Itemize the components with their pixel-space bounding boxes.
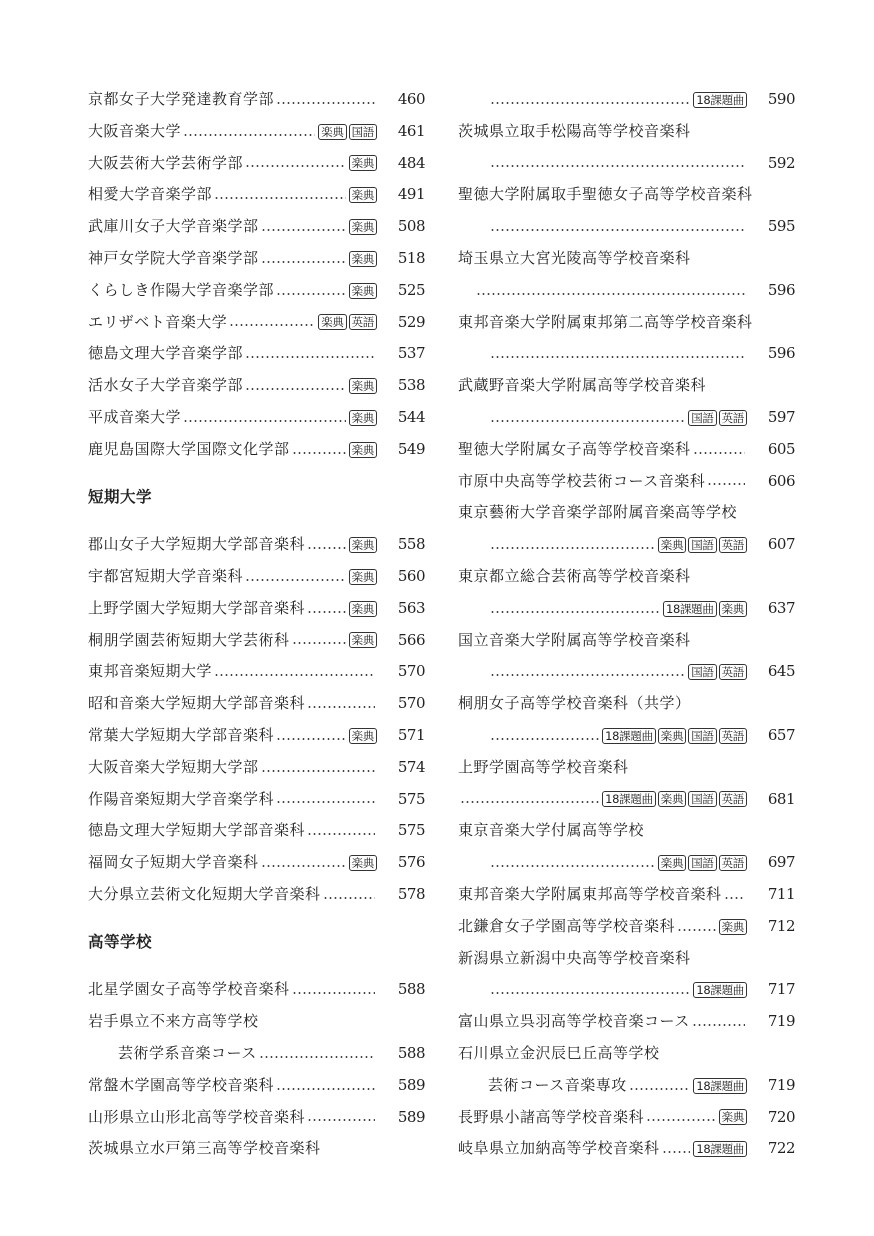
toc-entry[interactable]: 活水女子大学音楽学部楽典538 bbox=[88, 370, 425, 402]
badge-gakuten: 楽典 bbox=[349, 219, 377, 235]
dot-leader bbox=[183, 134, 315, 136]
page-number: 711 bbox=[761, 879, 795, 911]
toc-entry-title-line[interactable]: 上野学園高等学校音楽科 bbox=[458, 752, 795, 784]
dot-leader bbox=[261, 229, 346, 231]
badge-kokugo: 国語 bbox=[688, 728, 716, 744]
badge-gakuten: 楽典 bbox=[719, 1109, 747, 1125]
badge-gakuten: 楽典 bbox=[658, 728, 686, 744]
page-number: 563 bbox=[391, 593, 425, 625]
badge-gakuten: 楽典 bbox=[349, 251, 377, 267]
toc-entry[interactable]: 昭和音楽大学短期大学部音楽科570 bbox=[88, 688, 425, 720]
page-number: 588 bbox=[391, 1038, 425, 1070]
dot-leader bbox=[490, 102, 690, 104]
toc-entry-sub-line[interactable]: 国語英語645 bbox=[458, 656, 795, 688]
toc-entry-sub-line[interactable]: 596 bbox=[458, 338, 795, 370]
toc-entry[interactable]: 岐阜県立加納高等学校音楽科18課題曲722 bbox=[458, 1133, 795, 1165]
page-number: 574 bbox=[391, 752, 425, 784]
dot-leader bbox=[261, 865, 346, 867]
badge-gakuten: 楽典 bbox=[719, 601, 747, 617]
toc-entry[interactable]: 長野県小諸高等学校音楽科楽典720 bbox=[458, 1102, 795, 1134]
dot-leader bbox=[490, 356, 745, 358]
dot-leader bbox=[292, 992, 375, 994]
page-number: 720 bbox=[761, 1102, 795, 1134]
badge-kokugo: 国語 bbox=[688, 664, 716, 680]
right-column: 18課題曲590 茨城県立取手松陽高等学校音楽科 592 聖徳大学附属取手聖徳女… bbox=[458, 84, 795, 1165]
toc-entry-title-line[interactable]: 茨城県立取手松陽高等学校音楽科 bbox=[458, 116, 795, 148]
toc-entry-title-line[interactable]: 東邦音楽大学附属東邦第二高等学校音楽科 bbox=[458, 307, 795, 339]
page-number: 681 bbox=[761, 784, 795, 816]
dot-leader bbox=[490, 229, 745, 231]
badge-gakuten: 楽典 bbox=[349, 855, 377, 871]
toc-entry[interactable]: 富山県立呉羽高等学校音楽コース719 bbox=[458, 1006, 795, 1038]
dot-leader bbox=[323, 897, 375, 899]
dot-leader bbox=[724, 897, 745, 899]
page-number: 719 bbox=[761, 1006, 795, 1038]
dot-leader bbox=[307, 833, 375, 835]
dot-leader bbox=[490, 674, 685, 676]
toc-entry[interactable]: 京都女子大学発達教育学部460 bbox=[88, 84, 425, 116]
page-number: 717 bbox=[761, 974, 795, 1006]
badge-gakuten: 楽典 bbox=[658, 537, 686, 553]
dot-leader bbox=[307, 547, 346, 549]
badge-gakuten: 楽典 bbox=[349, 632, 377, 648]
page-number: 589 bbox=[391, 1102, 425, 1134]
page-number: 697 bbox=[761, 847, 795, 879]
dot-leader bbox=[245, 356, 375, 358]
badge-gakuten: 楽典 bbox=[349, 601, 377, 617]
section-heading-high-school: 高等学校 bbox=[88, 911, 425, 975]
badge-eigo: 英語 bbox=[349, 314, 377, 330]
toc-entry-sub-line[interactable]: 592 bbox=[458, 148, 795, 180]
badge-kokugo: 国語 bbox=[688, 791, 716, 807]
dot-leader bbox=[490, 420, 685, 422]
badge-eigo: 英語 bbox=[719, 855, 747, 871]
toc-entry-title-line[interactable]: 桐朋女子高等学校音楽科（共学） bbox=[458, 688, 795, 720]
page-number: 544 bbox=[391, 402, 425, 434]
dot-leader bbox=[245, 388, 346, 390]
dot-leader bbox=[276, 738, 346, 740]
page-number: 508 bbox=[391, 211, 425, 243]
page-number: 460 bbox=[391, 84, 425, 116]
dot-leader bbox=[276, 293, 346, 295]
dot-leader bbox=[307, 611, 346, 613]
dot-leader bbox=[292, 452, 346, 454]
toc-entry-continuation[interactable]: 18課題曲590 bbox=[458, 84, 795, 116]
toc-entry[interactable]: 徳島文理大学音楽学部537 bbox=[88, 338, 425, 370]
page-number: 589 bbox=[391, 1070, 425, 1102]
toc-entry[interactable]: 作陽音楽短期大学音楽学科575 bbox=[88, 784, 425, 816]
dot-leader bbox=[490, 738, 599, 740]
page-number: 570 bbox=[391, 688, 425, 720]
toc-entry[interactable]: 郡山女子大学短期大学部音楽科楽典558 bbox=[88, 529, 425, 561]
page-number: 712 bbox=[761, 911, 795, 943]
toc-entry-title-line[interactable]: 東京都立総合芸術高等学校音楽科 bbox=[458, 561, 795, 593]
page-number: 461 bbox=[391, 116, 425, 148]
dot-leader bbox=[259, 1056, 375, 1058]
badge-kadai18: 18課題曲 bbox=[602, 791, 656, 807]
toc-entry-title-line[interactable]: 武蔵野音楽大学附属高等学校音楽科 bbox=[458, 370, 795, 402]
dot-leader bbox=[214, 197, 346, 199]
toc-entry-title-line[interactable]: 岩手県立不来方高等学校 bbox=[88, 1006, 425, 1038]
dot-leader bbox=[307, 1119, 375, 1121]
badge-eigo: 英語 bbox=[719, 410, 747, 426]
badge-kokugo: 国語 bbox=[688, 855, 716, 871]
toc-entry-sub-line[interactable]: 595 bbox=[458, 211, 795, 243]
dot-leader bbox=[245, 579, 346, 581]
badge-gakuten: 楽典 bbox=[349, 569, 377, 585]
dot-leader bbox=[214, 674, 375, 676]
toc-entry-sub-line[interactable]: 芸術コース音楽専攻18課題曲719 bbox=[458, 1070, 795, 1102]
toc-entry-sub-line[interactable]: 楽典国語英語697 bbox=[458, 847, 795, 879]
dot-leader bbox=[261, 261, 346, 263]
page-number: 538 bbox=[391, 370, 425, 402]
toc-entry-sub-line[interactable]: 596 bbox=[458, 275, 795, 307]
dot-leader bbox=[245, 165, 346, 167]
page-number: 657 bbox=[761, 720, 795, 752]
badge-kadai18: 18課題曲 bbox=[693, 92, 747, 108]
dot-leader bbox=[261, 770, 375, 772]
page-number: 575 bbox=[391, 784, 425, 816]
toc-entry[interactable]: 聖徳大学附属女子高等学校音楽科605 bbox=[458, 434, 795, 466]
toc-entry-title-line[interactable]: 新潟県立新潟中央高等学校音楽科 bbox=[458, 943, 795, 975]
page-number: 575 bbox=[391, 815, 425, 847]
toc-entry[interactable]: 徳島文理大学短期大学部音楽科575 bbox=[88, 815, 425, 847]
dot-leader bbox=[629, 1088, 691, 1090]
toc-entry[interactable]: 宇都宮短期大学音楽科楽典560 bbox=[88, 561, 425, 593]
toc-entry-title-line[interactable]: 東京音楽大学付属高等学校 bbox=[458, 815, 795, 847]
dot-leader bbox=[662, 1151, 691, 1153]
badge-kokugo: 国語 bbox=[688, 410, 716, 426]
toc-entry-sub-line[interactable]: 18課題曲楽典国語英語657 bbox=[458, 720, 795, 752]
page-number: 645 bbox=[761, 656, 795, 688]
page-number: 605 bbox=[761, 434, 795, 466]
badge-gakuten: 楽典 bbox=[349, 378, 377, 394]
badge-gakuten: 楽典 bbox=[349, 283, 377, 299]
toc-entry-title-line[interactable]: 東京藝術大学音楽学部附属音楽高等学校 bbox=[458, 497, 795, 529]
dot-leader bbox=[693, 452, 745, 454]
dot-leader bbox=[490, 165, 745, 167]
dot-leader bbox=[707, 483, 745, 485]
dot-leader bbox=[276, 1088, 375, 1090]
badge-eigo: 英語 bbox=[719, 537, 747, 553]
page-number: 491 bbox=[391, 179, 425, 211]
dot-leader bbox=[276, 102, 375, 104]
toc-entry[interactable]: 大分県立芸術文化短期大学音楽科578 bbox=[88, 879, 425, 911]
page-number: 571 bbox=[391, 720, 425, 752]
page-number: 637 bbox=[761, 593, 795, 625]
toc-entry[interactable]: 市原中央高等学校芸術コース音楽科606 bbox=[458, 466, 795, 498]
badge-gakuten: 楽典 bbox=[658, 791, 686, 807]
toc-entry[interactable]: エリザベト音楽大学楽典英語529 bbox=[88, 307, 425, 339]
toc-entry[interactable]: くらしき作陽大学音楽学部楽典525 bbox=[88, 275, 425, 307]
page-number: 597 bbox=[761, 402, 795, 434]
toc-entry[interactable]: 武庫川女子大学音楽学部楽典508 bbox=[88, 211, 425, 243]
badge-gakuten: 楽典 bbox=[658, 855, 686, 871]
toc-entry[interactable]: 北星学園女子高等学校音楽科588 bbox=[88, 974, 425, 1006]
badge-kadai18: 18課題曲 bbox=[693, 982, 747, 998]
page-number: 722 bbox=[761, 1133, 795, 1165]
page-number: 578 bbox=[391, 879, 425, 911]
dot-leader bbox=[292, 642, 346, 644]
badge-gakuten: 楽典 bbox=[349, 728, 377, 744]
page-number: 566 bbox=[391, 625, 425, 657]
page-number: 596 bbox=[761, 338, 795, 370]
toc-entry-title-line[interactable]: 聖徳大学附属取手聖徳女子高等学校音楽科 bbox=[458, 179, 795, 211]
toc-entry-sub-line[interactable]: 楽典国語英語607 bbox=[458, 529, 795, 561]
toc-entry-sub-line[interactable]: 18課題曲717 bbox=[458, 974, 795, 1006]
badge-gakuten: 楽典 bbox=[349, 442, 377, 458]
toc-entry[interactable]: 大阪芸術大学芸術学部楽典484 bbox=[88, 148, 425, 180]
toc-entry-title-line[interactable]: 石川県立金沢辰巳丘高等学校 bbox=[458, 1038, 795, 1070]
dot-leader bbox=[490, 611, 660, 613]
toc-entry[interactable]: 常葉大学短期大学部音楽科楽典571 bbox=[88, 720, 425, 752]
toc-entry-title-line[interactable]: 茨城県立水戸第三高等学校音楽科 bbox=[88, 1133, 425, 1165]
dot-leader bbox=[490, 865, 655, 867]
page-number: 590 bbox=[761, 84, 795, 116]
page-number: 719 bbox=[761, 1070, 795, 1102]
dot-leader bbox=[183, 420, 346, 422]
badge-gakuten: 楽典 bbox=[349, 410, 377, 426]
dot-leader bbox=[460, 801, 599, 803]
page-number: 537 bbox=[391, 338, 425, 370]
dot-leader bbox=[276, 801, 375, 803]
page-number: 596 bbox=[761, 275, 795, 307]
page-number: 525 bbox=[391, 275, 425, 307]
dot-leader bbox=[490, 547, 655, 549]
toc-entry[interactable]: 上野学園大学短期大学部音楽科楽典563 bbox=[88, 593, 425, 625]
page-number: 518 bbox=[391, 243, 425, 275]
page-number: 549 bbox=[391, 434, 425, 466]
dot-leader bbox=[307, 706, 375, 708]
badge-kadai18: 18課題曲 bbox=[663, 601, 717, 617]
toc-entry[interactable]: 鹿児島国際大学国際文化学部楽典549 bbox=[88, 434, 425, 466]
page-number: 576 bbox=[391, 847, 425, 879]
toc-entry-title-line[interactable]: 埼玉県立大宮光陵高等学校音楽科 bbox=[458, 243, 795, 275]
toc-entry[interactable]: 北鎌倉女子学園高等学校音楽科楽典712 bbox=[458, 911, 795, 943]
left-column: 京都女子大学発達教育学部460 大阪音楽大学楽典国語461 大阪芸術大学芸術学部… bbox=[88, 84, 425, 1165]
toc-entry[interactable]: 桐朋学園芸術短期大学芸術科楽典566 bbox=[88, 625, 425, 657]
badge-kadai18: 18課題曲 bbox=[602, 728, 656, 744]
toc-entry-title-line[interactable]: 国立音楽大学附属高等学校音楽科 bbox=[458, 625, 795, 657]
toc-entry[interactable]: 平成音楽大学楽典544 bbox=[88, 402, 425, 434]
toc-entry-sub-line[interactable]: 18課題曲楽典国語英語681 bbox=[458, 784, 795, 816]
page-number: 570 bbox=[391, 656, 425, 688]
dot-leader bbox=[490, 992, 690, 994]
toc-entry[interactable]: 福岡女子短期大学音楽科楽典576 bbox=[88, 847, 425, 879]
section-heading-junior-college: 短期大学 bbox=[88, 466, 425, 530]
page-number: 606 bbox=[761, 466, 795, 498]
toc-entry[interactable]: 常盤木学園高等学校音楽科589 bbox=[88, 1070, 425, 1102]
badge-eigo: 英語 bbox=[719, 728, 747, 744]
badge-gakuten: 楽典 bbox=[349, 187, 377, 203]
dot-leader bbox=[677, 929, 716, 931]
badge-kokugo: 国語 bbox=[688, 537, 716, 553]
dot-leader bbox=[646, 1119, 716, 1121]
toc-entry[interactable]: 山形県立山形北高等学校音楽科589 bbox=[88, 1102, 425, 1134]
badge-eigo: 英語 bbox=[719, 791, 747, 807]
dot-leader bbox=[476, 293, 745, 295]
badge-gakuten: 楽典 bbox=[318, 314, 346, 330]
toc-entry[interactable]: 神戸女学院大学音楽学部楽典518 bbox=[88, 243, 425, 275]
badge-eigo: 英語 bbox=[719, 664, 747, 680]
page-number: 484 bbox=[391, 148, 425, 180]
toc-entry[interactable]: 大阪音楽大学楽典国語461 bbox=[88, 116, 425, 148]
page-number: 595 bbox=[761, 211, 795, 243]
badge-kokugo: 国語 bbox=[349, 124, 377, 140]
toc-entry[interactable]: 大阪音楽大学短期大学部574 bbox=[88, 752, 425, 784]
toc-entry-sub-line[interactable]: 18課題曲楽典637 bbox=[458, 593, 795, 625]
badge-gakuten: 楽典 bbox=[349, 155, 377, 171]
page-number: 558 bbox=[391, 529, 425, 561]
dot-leader bbox=[692, 1024, 745, 1026]
badge-kadai18: 18課題曲 bbox=[693, 1078, 747, 1094]
toc-entry-sub-line[interactable]: 芸術学系音楽コース588 bbox=[88, 1038, 425, 1070]
page-number: 607 bbox=[761, 529, 795, 561]
toc-entry-sub-line[interactable]: 国語英語597 bbox=[458, 402, 795, 434]
toc-entry[interactable]: 東邦音楽大学附属東邦高等学校音楽科711 bbox=[458, 879, 795, 911]
page-number: 560 bbox=[391, 561, 425, 593]
page-number: 588 bbox=[391, 974, 425, 1006]
badge-gakuten: 楽典 bbox=[318, 124, 346, 140]
badge-kadai18: 18課題曲 bbox=[693, 1141, 747, 1157]
toc-entry[interactable]: 相愛大学音楽学部楽典491 bbox=[88, 179, 425, 211]
dot-leader bbox=[229, 324, 315, 326]
page-number: 529 bbox=[391, 307, 425, 339]
badge-gakuten: 楽典 bbox=[719, 919, 747, 935]
page-number: 592 bbox=[761, 148, 795, 180]
badge-gakuten: 楽典 bbox=[349, 537, 377, 553]
toc-entry[interactable]: 東邦音楽短期大学570 bbox=[88, 656, 425, 688]
